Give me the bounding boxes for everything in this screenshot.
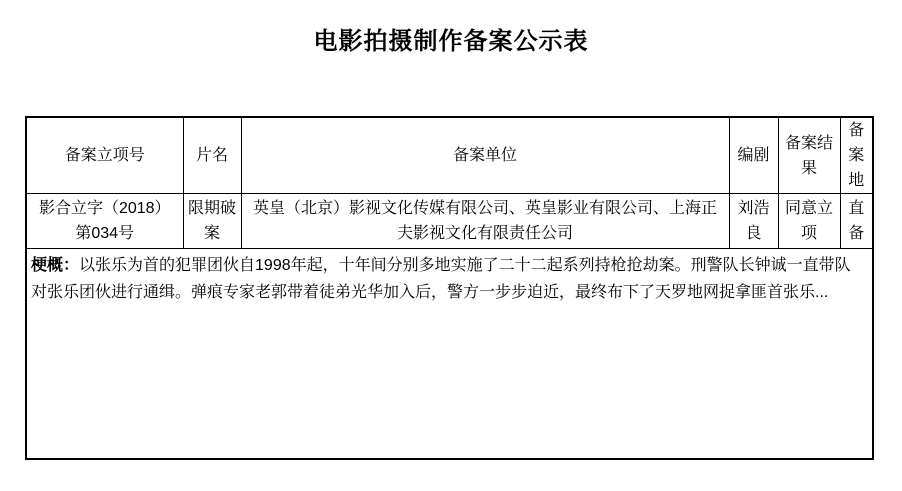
synopsis-label: 梗概：: [31, 257, 79, 274]
header-filing-result: 备案结果: [778, 117, 840, 194]
header-film-title: 片名: [183, 117, 241, 194]
header-filing-place: 备案地: [840, 117, 873, 194]
synopsis-text: 以张乐为首的犯罪团伙自1998年起，十年间分别多地实施了二十二起系列持枪抢劫案。…: [31, 257, 851, 301]
cell-screenwriter: 刘浩良: [729, 194, 778, 249]
cell-filing-unit: 英皇（北京）影视文化传媒有限公司、英皇影业有限公司、上海正夫影视文化有限责任公司: [241, 194, 729, 249]
cell-film-title: 限期破案: [183, 194, 241, 249]
cell-filing-result: 同意立项: [778, 194, 840, 249]
cell-synopsis: 梗概：以张乐为首的犯罪团伙自1998年起，十年间分别多地实施了二十二起系列持枪抢…: [26, 249, 873, 459]
page-title: 电影拍摄制作备案公示表: [0, 26, 902, 58]
header-screenwriter: 编剧: [729, 117, 778, 194]
cell-filing-number: 影合立字（2018）第034号: [26, 194, 183, 249]
cell-filing-place: 直备: [840, 194, 873, 249]
filing-table: 备案立项号 片名 备案单位 编剧 备案结果 备案地 影合立字（2018）第034…: [25, 116, 874, 460]
table-header-row: 备案立项号 片名 备案单位 编剧 备案结果 备案地: [26, 117, 873, 194]
header-filing-number: 备案立项号: [26, 117, 183, 194]
header-filing-unit: 备案单位: [241, 117, 729, 194]
synopsis-row: 梗概：以张乐为首的犯罪团伙自1998年起，十年间分别多地实施了二十二起系列持枪抢…: [26, 249, 873, 459]
table-row: 影合立字（2018）第034号 限期破案 英皇（北京）影视文化传媒有限公司、英皇…: [26, 194, 873, 249]
filing-notice-page: 电影拍摄制作备案公示表 备案立项号 片名 备案单位 编剧 备案结果 备案地 影合…: [0, 0, 902, 491]
